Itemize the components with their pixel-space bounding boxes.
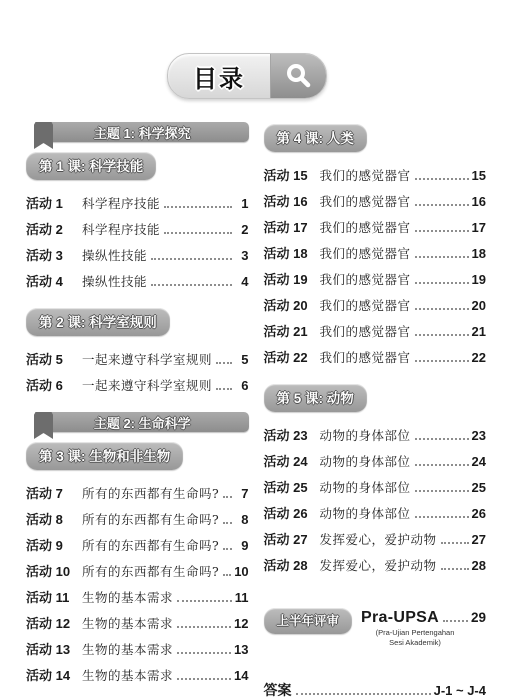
activity-page-number: 4	[235, 274, 249, 289]
bookmark-icon	[34, 122, 53, 149]
dotted-leader	[216, 362, 231, 364]
activity-title: 操纵性技能	[82, 272, 147, 290]
activity-label: 活动 4	[26, 271, 82, 290]
activity-page-number: 6	[235, 378, 249, 393]
midyear-review-banner: 上半年评审	[264, 608, 353, 634]
toc-activity-row: 活动 1 科学程序技能 1	[26, 193, 249, 210]
toc-activity-row: 活动 10 所有的东西都有生命吗? 10	[26, 561, 249, 578]
activity-title: 生物的基本需求	[82, 614, 173, 632]
toc-header-pill: 目录	[167, 53, 327, 99]
activity-label: 活动 9	[26, 535, 82, 554]
lesson-banner: 第 4 课: 人类	[264, 124, 487, 152]
dotted-leader	[177, 678, 231, 680]
dotted-leader	[415, 256, 469, 258]
dotted-leader	[443, 620, 468, 622]
dotted-leader	[223, 574, 231, 576]
activity-label: 活动 5	[26, 349, 82, 368]
answers-entry: 答案 J-1 ~ J-4	[264, 680, 487, 700]
activity-page-number: 24	[472, 454, 486, 469]
activity-label: 活动 2	[26, 219, 82, 238]
lesson-banner-label: 第 4 课: 人类	[277, 131, 354, 146]
dotted-leader	[415, 360, 469, 362]
dotted-leader	[415, 230, 469, 232]
activity-page-number: 9	[235, 538, 249, 553]
lesson-banner: 第 2 课: 科学室规则	[26, 308, 249, 336]
toc-activity-row: 活动 7 所有的东西都有生命吗? 7	[26, 483, 249, 500]
toc-header-title-area: 目录	[168, 54, 270, 98]
activity-label: 活动 17	[264, 217, 320, 236]
dotted-leader	[415, 178, 469, 180]
activity-title: 我们的感觉器官	[320, 192, 411, 210]
activity-label: 活动 14	[26, 665, 82, 684]
midyear-review-banner-label: 上半年评审	[277, 614, 340, 628]
toc-activity-row: 活动 8 所有的东西都有生命吗? 8	[26, 509, 249, 526]
answers-page-number: J-1 ~ J-4	[434, 683, 486, 698]
dotted-leader	[415, 282, 469, 284]
answers-label: 答案	[264, 680, 292, 700]
activity-page-number: 3	[235, 248, 249, 263]
toc-activity-row: 活动 18 我们的感觉器官 18	[264, 243, 487, 260]
toc-activity-row: 活动 15 我们的感觉器官 15	[264, 165, 487, 182]
activity-page-number: 1	[235, 196, 249, 211]
toc-activity-row: 活动 23 动物的身体部位 23	[264, 425, 487, 442]
activity-title: 生物的基本需求	[82, 640, 173, 658]
theme-banner: 主题 2: 生命科学	[26, 412, 249, 432]
toc-activity-row: 活动 2 科学程序技能 2	[26, 219, 249, 236]
activity-label: 活动 21	[264, 321, 320, 340]
activity-title: 所有的东西都有生命吗?	[82, 510, 219, 528]
activity-page-number: 15	[472, 168, 486, 183]
dotted-leader	[415, 464, 469, 466]
activity-title: 动物的身体部位	[320, 426, 411, 444]
theme-banner-label: 主题 2: 生命科学	[94, 413, 191, 432]
dotted-leader	[415, 308, 469, 310]
dotted-leader	[223, 522, 231, 524]
review-page-number: 29	[471, 610, 486, 625]
dotted-leader	[415, 204, 469, 206]
activity-page-number: 22	[472, 350, 486, 365]
midyear-review-entry: 上半年评审 Pra-UPSA 29 (Pra-Ujian Pertengahan…	[264, 608, 487, 648]
dotted-leader	[223, 548, 231, 550]
activity-page-number: 26	[472, 506, 486, 521]
activity-page-number: 27	[472, 532, 486, 547]
activity-label: 活动 27	[264, 529, 320, 548]
activity-page-number: 8	[235, 512, 249, 527]
activity-label: 活动 7	[26, 483, 82, 502]
activity-label: 活动 6	[26, 375, 82, 394]
dotted-leader	[216, 388, 231, 390]
dotted-leader	[415, 334, 469, 336]
activity-label: 活动 12	[26, 613, 82, 632]
dotted-leader	[415, 490, 469, 492]
activity-page-number: 16	[472, 194, 486, 209]
activity-page-number: 7	[235, 486, 249, 501]
dotted-leader	[177, 600, 231, 602]
activity-label: 活动 22	[264, 347, 320, 366]
lesson-banner-label: 第 1 课: 科学技能	[39, 159, 143, 174]
activity-title: 我们的感觉器官	[320, 270, 411, 288]
toc-activity-row: 活动 13 生物的基本需求 13	[26, 639, 249, 656]
activity-label: 活动 11	[26, 587, 82, 606]
activity-title: 动物的身体部位	[320, 452, 411, 470]
activity-title: 发挥爱心，爱护动物	[320, 556, 437, 574]
dotted-leader	[441, 542, 469, 544]
toc-activity-row: 活动 3 操纵性技能 3	[26, 245, 249, 262]
activity-label: 活动 8	[26, 509, 82, 528]
toc-activity-row: 活动 6 一起来遵守科学室规则 6	[26, 375, 249, 392]
activity-label: 活动 24	[264, 451, 320, 470]
activity-label: 活动 15	[264, 165, 320, 184]
toc-activity-row: 活动 12 生物的基本需求 12	[26, 613, 249, 630]
activity-label: 活动 23	[264, 425, 320, 444]
activity-label: 活动 20	[264, 295, 320, 314]
activity-page-number: 11	[235, 590, 249, 605]
dotted-leader	[177, 626, 231, 628]
activity-page-number: 28	[472, 558, 486, 573]
activity-label: 活动 19	[264, 269, 320, 288]
activity-title: 科学程序技能	[82, 220, 160, 238]
toc-activity-row: 活动 4 操纵性技能 4	[26, 271, 249, 288]
dotted-leader	[177, 652, 231, 654]
dotted-leader	[223, 496, 231, 498]
review-subtitle: (Pra-Ujian Pertengahan Sesi Akademik)	[361, 628, 469, 648]
activity-page-number: 12	[234, 616, 248, 631]
toc-activity-row: 活动 5 一起来遵守科学室规则 5	[26, 349, 249, 366]
toc-activity-row: 活动 20 我们的感觉器官 20	[264, 295, 487, 312]
toc-activity-row: 活动 14 生物的基本需求 14	[26, 665, 249, 682]
activity-page-number: 17	[472, 220, 486, 235]
activity-page-number: 20	[472, 298, 486, 313]
activity-title: 所有的东西都有生命吗?	[82, 536, 219, 554]
theme-banner-label: 主题 1: 科学探究	[94, 123, 191, 142]
activity-title: 我们的感觉器官	[320, 166, 411, 184]
toc-activity-row: 活动 17 我们的感觉器官 17	[264, 217, 487, 234]
activity-page-number: 21	[472, 324, 486, 339]
toc-activity-row: 活动 9 所有的东西都有生命吗? 9	[26, 535, 249, 552]
search-icon	[270, 54, 326, 98]
dotted-leader	[151, 284, 231, 286]
toc-activity-row: 活动 11 生物的基本需求 11	[26, 587, 249, 604]
dotted-leader	[415, 438, 469, 440]
lesson-banner-label: 第 5 课: 动物	[277, 391, 354, 406]
activity-label: 活动 26	[264, 503, 320, 522]
activity-title: 生物的基本需求	[82, 588, 173, 606]
toc-activity-row: 活动 21 我们的感觉器官 21	[264, 321, 487, 338]
activity-page-number: 23	[472, 428, 486, 443]
activity-page-number: 5	[235, 352, 249, 367]
review-title: Pra-UPSA	[361, 609, 439, 627]
toc-activity-row: 活动 26 动物的身体部位 26	[264, 503, 487, 520]
activity-title: 我们的感觉器官	[320, 244, 411, 262]
activity-label: 活动 10	[26, 561, 82, 580]
activity-page-number: 18	[472, 246, 486, 261]
lesson-banner: 第 1 课: 科学技能	[26, 152, 249, 180]
lesson-banner: 第 5 课: 动物	[264, 384, 487, 412]
toc-activity-row: 活动 25 动物的身体部位 25	[264, 477, 487, 494]
activity-title: 动物的身体部位	[320, 504, 411, 522]
toc-activity-row: 活动 24 动物的身体部位 24	[264, 451, 487, 468]
activity-title: 科学程序技能	[82, 194, 160, 212]
activity-title: 一起来遵守科学室规则	[82, 376, 212, 394]
activity-title: 我们的感觉器官	[320, 218, 411, 236]
activity-page-number: 14	[234, 668, 248, 683]
page-title: 目录	[193, 59, 245, 94]
activity-title: 操纵性技能	[82, 246, 147, 264]
activity-label: 活动 3	[26, 245, 82, 264]
toc-activity-row: 活动 27 发挥爱心，爱护动物 27	[264, 529, 487, 546]
dotted-leader	[415, 516, 469, 518]
activity-label: 活动 28	[264, 555, 320, 574]
dotted-leader	[164, 206, 231, 208]
activity-page-number: 13	[234, 642, 248, 657]
activity-title: 所有的东西都有生命吗?	[82, 484, 219, 502]
dotted-leader	[151, 258, 231, 260]
dotted-leader	[296, 693, 431, 695]
activity-page-number: 25	[472, 480, 486, 495]
toc-activity-row: 活动 28 发挥爱心，爱护动物 28	[264, 555, 487, 572]
activity-title: 我们的感觉器官	[320, 296, 411, 314]
activity-label: 活动 16	[264, 191, 320, 210]
activity-label: 活动 1	[26, 193, 82, 212]
lesson-banner-label: 第 2 课: 科学室规则	[39, 315, 157, 330]
toc-activity-row: 活动 16 我们的感觉器官 16	[264, 191, 487, 208]
activity-title: 发挥爱心，爱护动物	[320, 530, 437, 548]
activity-title: 我们的感觉器官	[320, 322, 411, 340]
toc-columns: 主题 1: 科学探究 第 1 课: 科学技能 活动 1 科学程序技能 1 活动 …	[0, 118, 512, 700]
toc-activity-row: 活动 19 我们的感觉器官 19	[264, 269, 487, 286]
activity-page-number: 19	[472, 272, 486, 287]
activity-title: 生物的基本需求	[82, 666, 173, 684]
bookmark-icon	[34, 412, 53, 439]
toc-activity-row: 活动 22 我们的感觉器官 22	[264, 347, 487, 364]
activity-page-number: 2	[235, 222, 249, 237]
lesson-banner: 第 3 课: 生物和非生物	[26, 442, 249, 470]
toc-left-column: 主题 1: 科学探究 第 1 课: 科学技能 活动 1 科学程序技能 1 活动 …	[26, 118, 249, 700]
activity-page-number: 10	[234, 564, 248, 579]
activity-title: 我们的感觉器官	[320, 348, 411, 366]
dotted-leader	[441, 568, 469, 570]
lesson-banner-label: 第 3 课: 生物和非生物	[39, 449, 170, 464]
activity-title: 所有的东西都有生命吗?	[82, 562, 219, 580]
activity-title: 动物的身体部位	[320, 478, 411, 496]
activity-label: 活动 13	[26, 639, 82, 658]
activity-label: 活动 25	[264, 477, 320, 496]
toc-right-column: 第 4 课: 人类 活动 15 我们的感觉器官 15 活动 16 我们的感觉器官…	[264, 118, 487, 700]
dotted-leader	[164, 232, 231, 234]
activity-title: 一起来遵守科学室规则	[82, 350, 212, 368]
activity-label: 活动 18	[264, 243, 320, 262]
theme-banner: 主题 1: 科学探究	[26, 122, 249, 142]
